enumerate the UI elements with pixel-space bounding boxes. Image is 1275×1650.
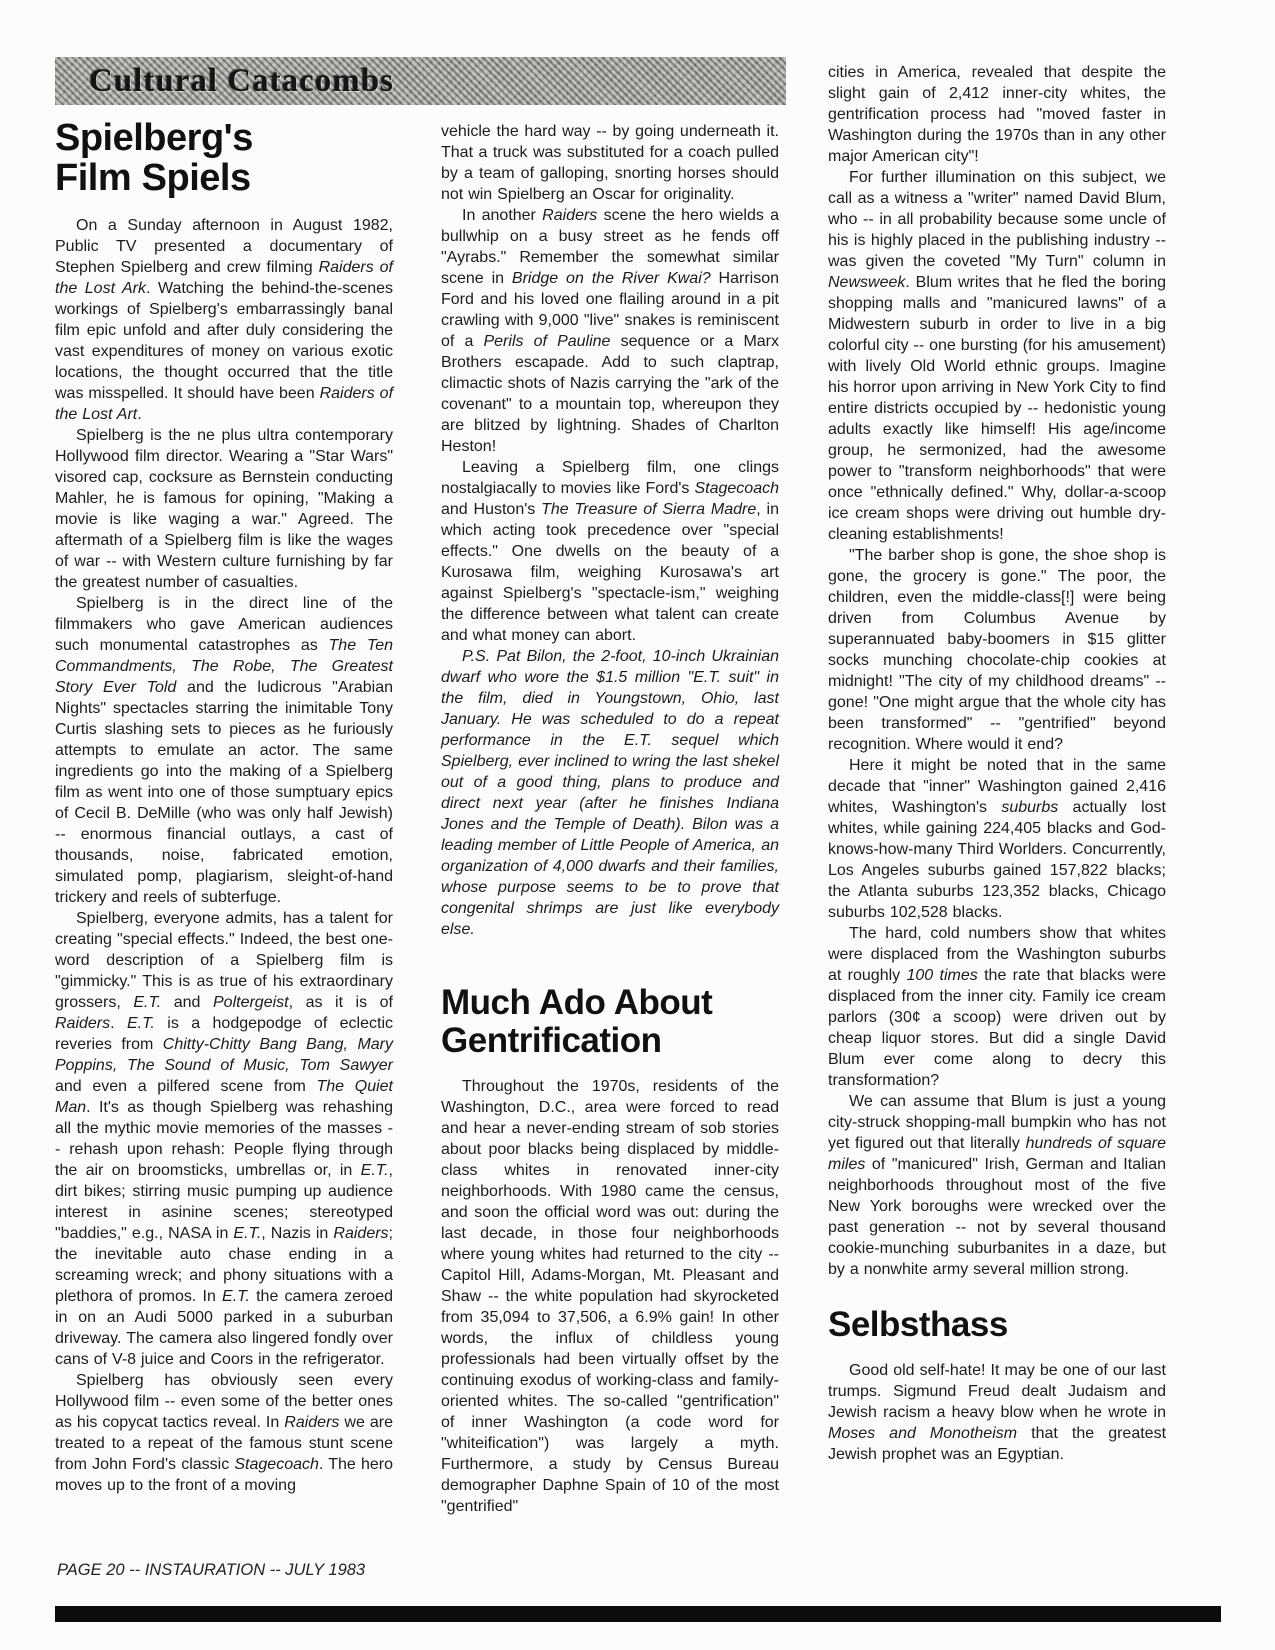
article-title-gentrification: Much Ado About Gentrification (441, 984, 779, 1060)
article-paragraph: In another Raiders scene the hero wields… (441, 205, 779, 457)
column-1: Spielberg's Film Spiels On a Sunday afte… (55, 118, 393, 1496)
article-paragraph: cities in America, revealed that despite… (828, 62, 1166, 167)
article-paragraph: Spielberg, everyone admits, has a talent… (55, 908, 393, 1370)
page-footer: PAGE 20 -- INSTAURATION -- JULY 1983 (57, 1561, 365, 1580)
article-paragraph: Throughout the 1970s, residents of the W… (441, 1076, 779, 1517)
article-paragraph: vehicle the hard way -- by going underne… (441, 121, 779, 205)
article-title-line-1: Spielberg's (55, 118, 393, 158)
bottom-rule (55, 1606, 1221, 1622)
article-paragraph: Leaving a Spielberg film, one clings nos… (441, 457, 779, 646)
article-paragraph: Spielberg is the ne plus ultra contempor… (55, 425, 393, 593)
article-paragraph: Spielberg is in the direct line of the f… (55, 593, 393, 908)
article-paragraph: Spielberg has obviously seen every Holly… (55, 1370, 393, 1496)
article-paragraph: Here it might be noted that in the same … (828, 755, 1166, 923)
article-title-spielberg: Spielberg's Film Spiels (55, 118, 393, 199)
section-title-line-2: Gentrification (441, 1022, 779, 1060)
banner-title: Cultural Catacombs (55, 63, 394, 100)
article-paragraph: We can assume that Blum is just a young … (828, 1091, 1166, 1280)
postscript-note: P.S. Pat Bilon, the 2-foot, 10-inch Ukra… (441, 646, 779, 940)
column-3: cities in America, revealed that despite… (828, 62, 1166, 1465)
article-paragraph: "The barber shop is gone, the shoe shop … (828, 545, 1166, 755)
article-paragraph: Good old self-hate! It may be one of our… (828, 1360, 1166, 1465)
article-paragraph: For further illumination on this subject… (828, 167, 1166, 545)
section-banner: Cultural Catacombs (55, 57, 786, 105)
article-paragraph: On a Sunday afternoon in August 1982, Pu… (55, 215, 393, 425)
column-2: vehicle the hard way -- by going underne… (441, 121, 779, 1517)
magazine-page: Cultural Catacombs Spielberg's Film Spie… (0, 0, 1275, 1650)
article-paragraph: The hard, cold numbers show that whites … (828, 923, 1166, 1091)
section-title-line-1: Much Ado About (441, 984, 779, 1022)
article-title-selbsthass: Selbsthass (828, 1306, 1166, 1344)
article-title-line-2: Film Spiels (55, 158, 393, 198)
